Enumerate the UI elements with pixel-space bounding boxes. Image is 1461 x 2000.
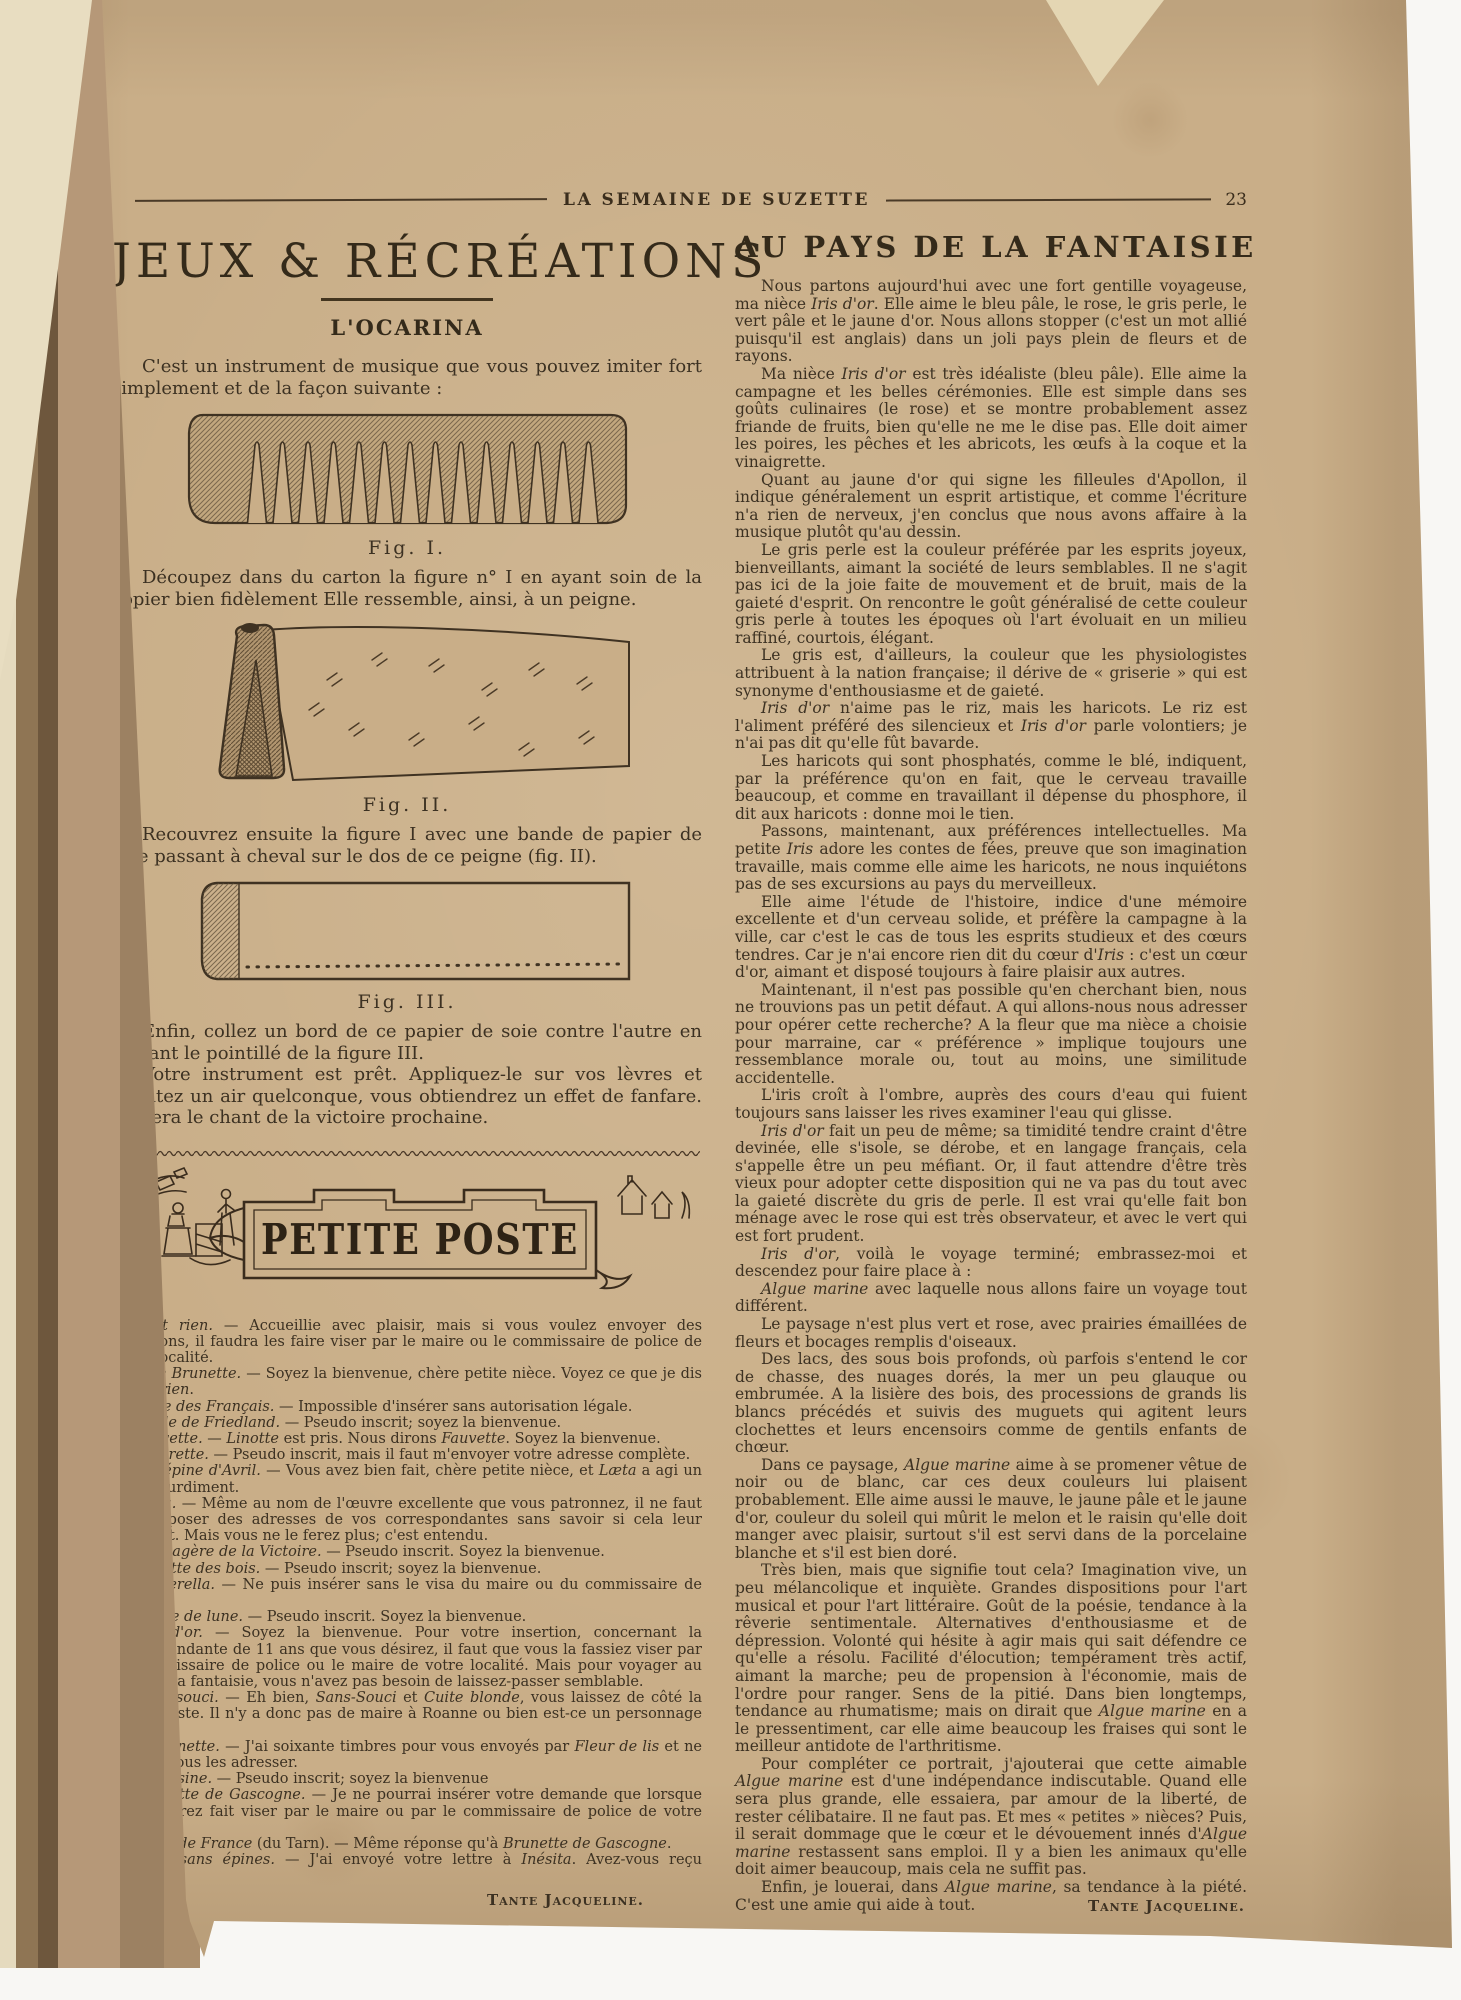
wavy-divider-rule [140, 1149, 700, 1158]
petite-poste-entry: Rose sans épines. — J'ai envoyé votre le… [112, 1852, 702, 1884]
reply-text: — Même au nom de l'œuvre excellente que … [112, 1496, 702, 1544]
article-title: AU PAYS DE LA FANTAISIE [735, 230, 1247, 264]
article-paragraph: Découpez dans du carton la figure n° I e… [112, 567, 702, 610]
right-column: AU PAYS DE LA FANTAISIE Nous partons auj… [735, 230, 1247, 1915]
article-paragraph: Le paysage n'est plus vert et rose, avec… [735, 1316, 1247, 1351]
figure-2-paper-over-comb-drawing [177, 618, 637, 790]
petite-poste-entry: Coquinette. — J'ai soixante timbres pour… [112, 1739, 702, 1771]
petite-poste-banner: PETITE POSTE [126, 1162, 704, 1308]
petite-poste-entry: Sans souci. — Eh bien, Sans-Souci et Cui… [112, 1690, 702, 1739]
article-paragraph: Dans ce paysage, Algue marine aime à se … [735, 1457, 1247, 1563]
reply-text: — Pseudo inscrit, mais il faut m'envoyer… [214, 1447, 691, 1463]
figure-3-paper-band-drawing [177, 875, 637, 987]
article-paragraph: Recouvrez ensuite la figure I avec une b… [112, 824, 702, 867]
petite-poste-title: PETITE POSTE [261, 1215, 579, 1264]
head-rule-left [135, 198, 547, 202]
petite-poste-entry: Etoile de Friedland. — Pseudo inscrit; s… [112, 1415, 702, 1431]
article-paragraph: Iris d'or, voilà le voyage terminé; embr… [735, 1246, 1247, 1281]
reply-text: — Pseudo inscrit; soyez la bienvenue. [285, 1415, 561, 1431]
reply-text: — Linotte est pris. Nous dirons Fauvette… [207, 1431, 660, 1447]
article-paragraph: Pour compléter ce portrait, j'ajouterai … [735, 1756, 1247, 1879]
title-underline [321, 298, 493, 301]
article-paragraph: Ma nièce Iris d'or est très idéaliste (b… [735, 366, 1247, 472]
magazine-page: LA SEMAINE DE SUZETTE 23 JEUX & RÉCRÉATI… [0, 0, 1461, 2000]
petite-poste-entry: Cinderella. — Ne puis insérer sans le vi… [112, 1577, 702, 1609]
article-paragraph: Enfin, collez un bord de ce papier de so… [112, 1021, 702, 1064]
article-paragraph: Iris d'or fait un peu de même; sa timidi… [735, 1123, 1247, 1246]
figure-2-caption: Fig. II. [112, 794, 702, 816]
petite-poste-entry: Iris d'or. — Soyez la bienvenue. Pour vo… [112, 1625, 702, 1690]
figure-1-caption: Fig. I. [112, 537, 702, 559]
petite-poste-entry: Amie des Français. — Impossible d'insére… [112, 1399, 702, 1415]
article-paragraph: Elle aime l'étude de l'histoire, indice … [735, 894, 1247, 982]
left-column: JEUX & RÉCRÉATIONS L'OCARINA C'est un in… [112, 234, 702, 1909]
petite-poste-entry: Bécassine. — Pseudo inscrit; soyez la bi… [112, 1771, 702, 1787]
petite-poste-entry: Messagère de la Victoire. — Pseudo inscr… [112, 1544, 702, 1560]
article-paragraph: Votre instrument est prêt. Appliquez-le … [112, 1064, 702, 1129]
head-rule-right [886, 198, 1211, 201]
page-number: 23 [1211, 190, 1247, 210]
petite-poste-entry: Pierre de lune. — Pseudo inscrit. Soyez … [112, 1609, 702, 1625]
running-head: LA SEMAINE DE SUZETTE 23 [135, 190, 1247, 210]
village-sketch-vignette [618, 1176, 689, 1218]
article-paragraph: Le gris est, d'ailleurs, la couleur que … [735, 647, 1247, 700]
article-paragraph: Les haricots qui sont phosphatés, comme … [735, 753, 1247, 823]
petite-poste-entry: Brunette de Gascogne. — Je ne pourrai in… [112, 1787, 702, 1836]
article-paragraph: Très bien, mais que signifie tout cela? … [735, 1562, 1247, 1756]
article-paragraph: Nous partons aujourd'hui avec une fort g… [735, 278, 1247, 366]
reply-text: — Pseudo inscrit. Soyez la bienvenue. [326, 1544, 605, 1560]
petite-poste-entry: Petit rien. — Accueillie avec plaisir, m… [112, 1318, 702, 1367]
petite-poste-entry: Jolie Brunette. — Soyez la bienvenue, ch… [112, 1366, 702, 1398]
scanned-magazine-photo: LA SEMAINE DE SUZETTE 23 JEUX & RÉCRÉATI… [0, 0, 1461, 2000]
article-paragraph: Maintenant, il n'est pas possible qu'en … [735, 982, 1247, 1088]
petite-poste-entry: Violette des bois. — Pseudo inscrit; soy… [112, 1561, 702, 1577]
article-paragraph: Iris d'or n'aime pas le riz, mais les ha… [735, 700, 1247, 753]
article-paragraph: Le gris perle est la couleur préférée pa… [735, 542, 1247, 648]
reply-text: — Pseudo inscrit. Soyez la bienvenue. [248, 1609, 527, 1625]
reply-text: — Pseudo inscrit; soyez la bienvenue. [265, 1561, 541, 1577]
figure-1-comb-drawing [177, 407, 637, 533]
petite-poste-entry: Fauvette. — Linotte est pris. Nous diron… [112, 1431, 702, 1447]
petite-poste-entry: Læta. — Même au nom de l'œuvre excellent… [112, 1496, 702, 1545]
section-title: JEUX & RÉCRÉATIONS [112, 234, 702, 289]
reply-text: (du Tarn). — Même réponse qu'à Brunette … [257, 1836, 672, 1852]
petite-poste-entry: Lazarette. — Pseudo inscrit, mais il fau… [112, 1447, 702, 1463]
article-title: L'OCARINA [112, 315, 702, 340]
article-paragraph: C'est un instrument de musique que vous … [112, 356, 702, 399]
article-paragraph: Passons, maintenant, aux préférences int… [735, 823, 1247, 893]
article-paragraph: Des lacs, des sous bois profonds, où par… [735, 1351, 1247, 1457]
article-paragraph: Quant au jaune d'or qui signe les filleu… [735, 472, 1247, 542]
reply-text: — Pseudo inscrit; soyez la bienvenue [217, 1771, 489, 1787]
signature: Tante Jacqueline. [112, 1891, 702, 1909]
masthead-title: LA SEMAINE DE SUZETTE [547, 190, 886, 210]
petite-poste-entry: Aubépine d'Avril. — Vous avez bien fait,… [112, 1463, 702, 1495]
petite-poste-entry: Fleur de France (du Tarn). — Même répons… [112, 1836, 702, 1852]
article-paragraph: Algue marine avec laquelle nous allons f… [735, 1281, 1247, 1316]
reply-text: — Impossible d'insérer sans autorisation… [279, 1399, 632, 1415]
article-paragraph: L'iris croît à l'ombre, auprès des cours… [735, 1087, 1247, 1122]
figure-3-caption: Fig. III. [112, 991, 702, 1013]
